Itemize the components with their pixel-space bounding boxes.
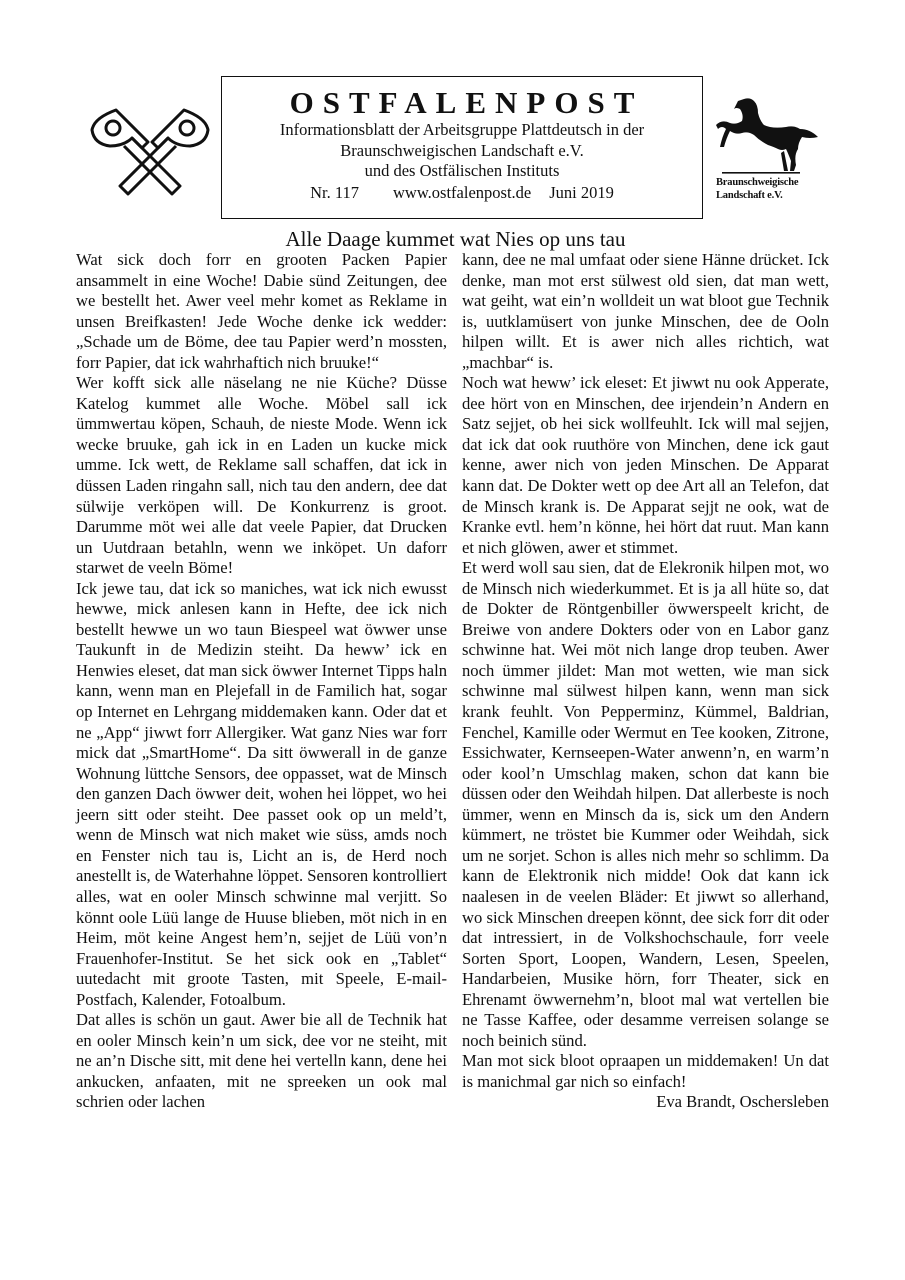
paragraph: Noch wat heww’ ick eleset: Et jiwwt nu o… <box>462 373 829 558</box>
subtitle-line-2: Braunschweigischen Landschaft e.V. <box>222 141 702 162</box>
paragraph: Man mot sick bloot opraapen un middemake… <box>462 1051 829 1092</box>
issue-info: Nr. 117www.ostfalenpost.deJuni 2019 <box>222 182 702 204</box>
logo-caption: Braunschweigische Landschaft e.V. <box>716 177 798 202</box>
paragraph: Wer kofft sick alle näselang ne nie Küch… <box>76 373 447 578</box>
paragraph: Et werd woll sau sien, dat de Elekronik … <box>462 558 829 1051</box>
website-link[interactable]: www.ostfalenpost.de <box>393 182 531 204</box>
issue-number: Nr. 117 <box>310 182 359 204</box>
rearing-horse-icon <box>714 95 832 177</box>
paragraph: Dat alles is schön un gaut. Awer bie all… <box>76 1010 447 1113</box>
paragraph: kann, dee ne mal umfaat oder siene Hänne… <box>462 250 829 373</box>
subtitle-line-1: Informationsblatt der Arbeitsgruppe Plat… <box>222 120 702 141</box>
braunschweigische-landschaft-logo: Braunschweigische Landschaft e.V. <box>714 95 832 210</box>
article-headline: Alle Daage kummet wat Nies op uns tau <box>0 227 905 251</box>
issue-date: Juni 2019 <box>549 182 614 204</box>
author-signature: Eva Brandt, Oschersleben <box>462 1092 829 1113</box>
article-left-column: Wat sick doch forr en grooten Packen Pap… <box>76 250 447 1113</box>
crossed-keys-icon <box>86 96 214 196</box>
article-right-column: kann, dee ne mal umfaat oder siene Hänne… <box>462 250 829 1113</box>
logo-caption-line-2: Landschaft e.V. <box>716 190 798 203</box>
paragraph: Ick jewe tau, dat ick so maniches, wat i… <box>76 579 447 1010</box>
subtitle-line-3: und des Ostfälischen Instituts <box>222 161 702 182</box>
crossed-keys-logo <box>86 96 214 196</box>
newsletter-title: OSTFALENPOST <box>222 86 702 120</box>
paragraph: Wat sick doch forr en grooten Packen Pap… <box>76 250 447 373</box>
logo-caption-line-1: Braunschweigische <box>716 177 798 190</box>
masthead-box: OSTFALENPOST Informationsblatt der Arbei… <box>221 76 703 219</box>
